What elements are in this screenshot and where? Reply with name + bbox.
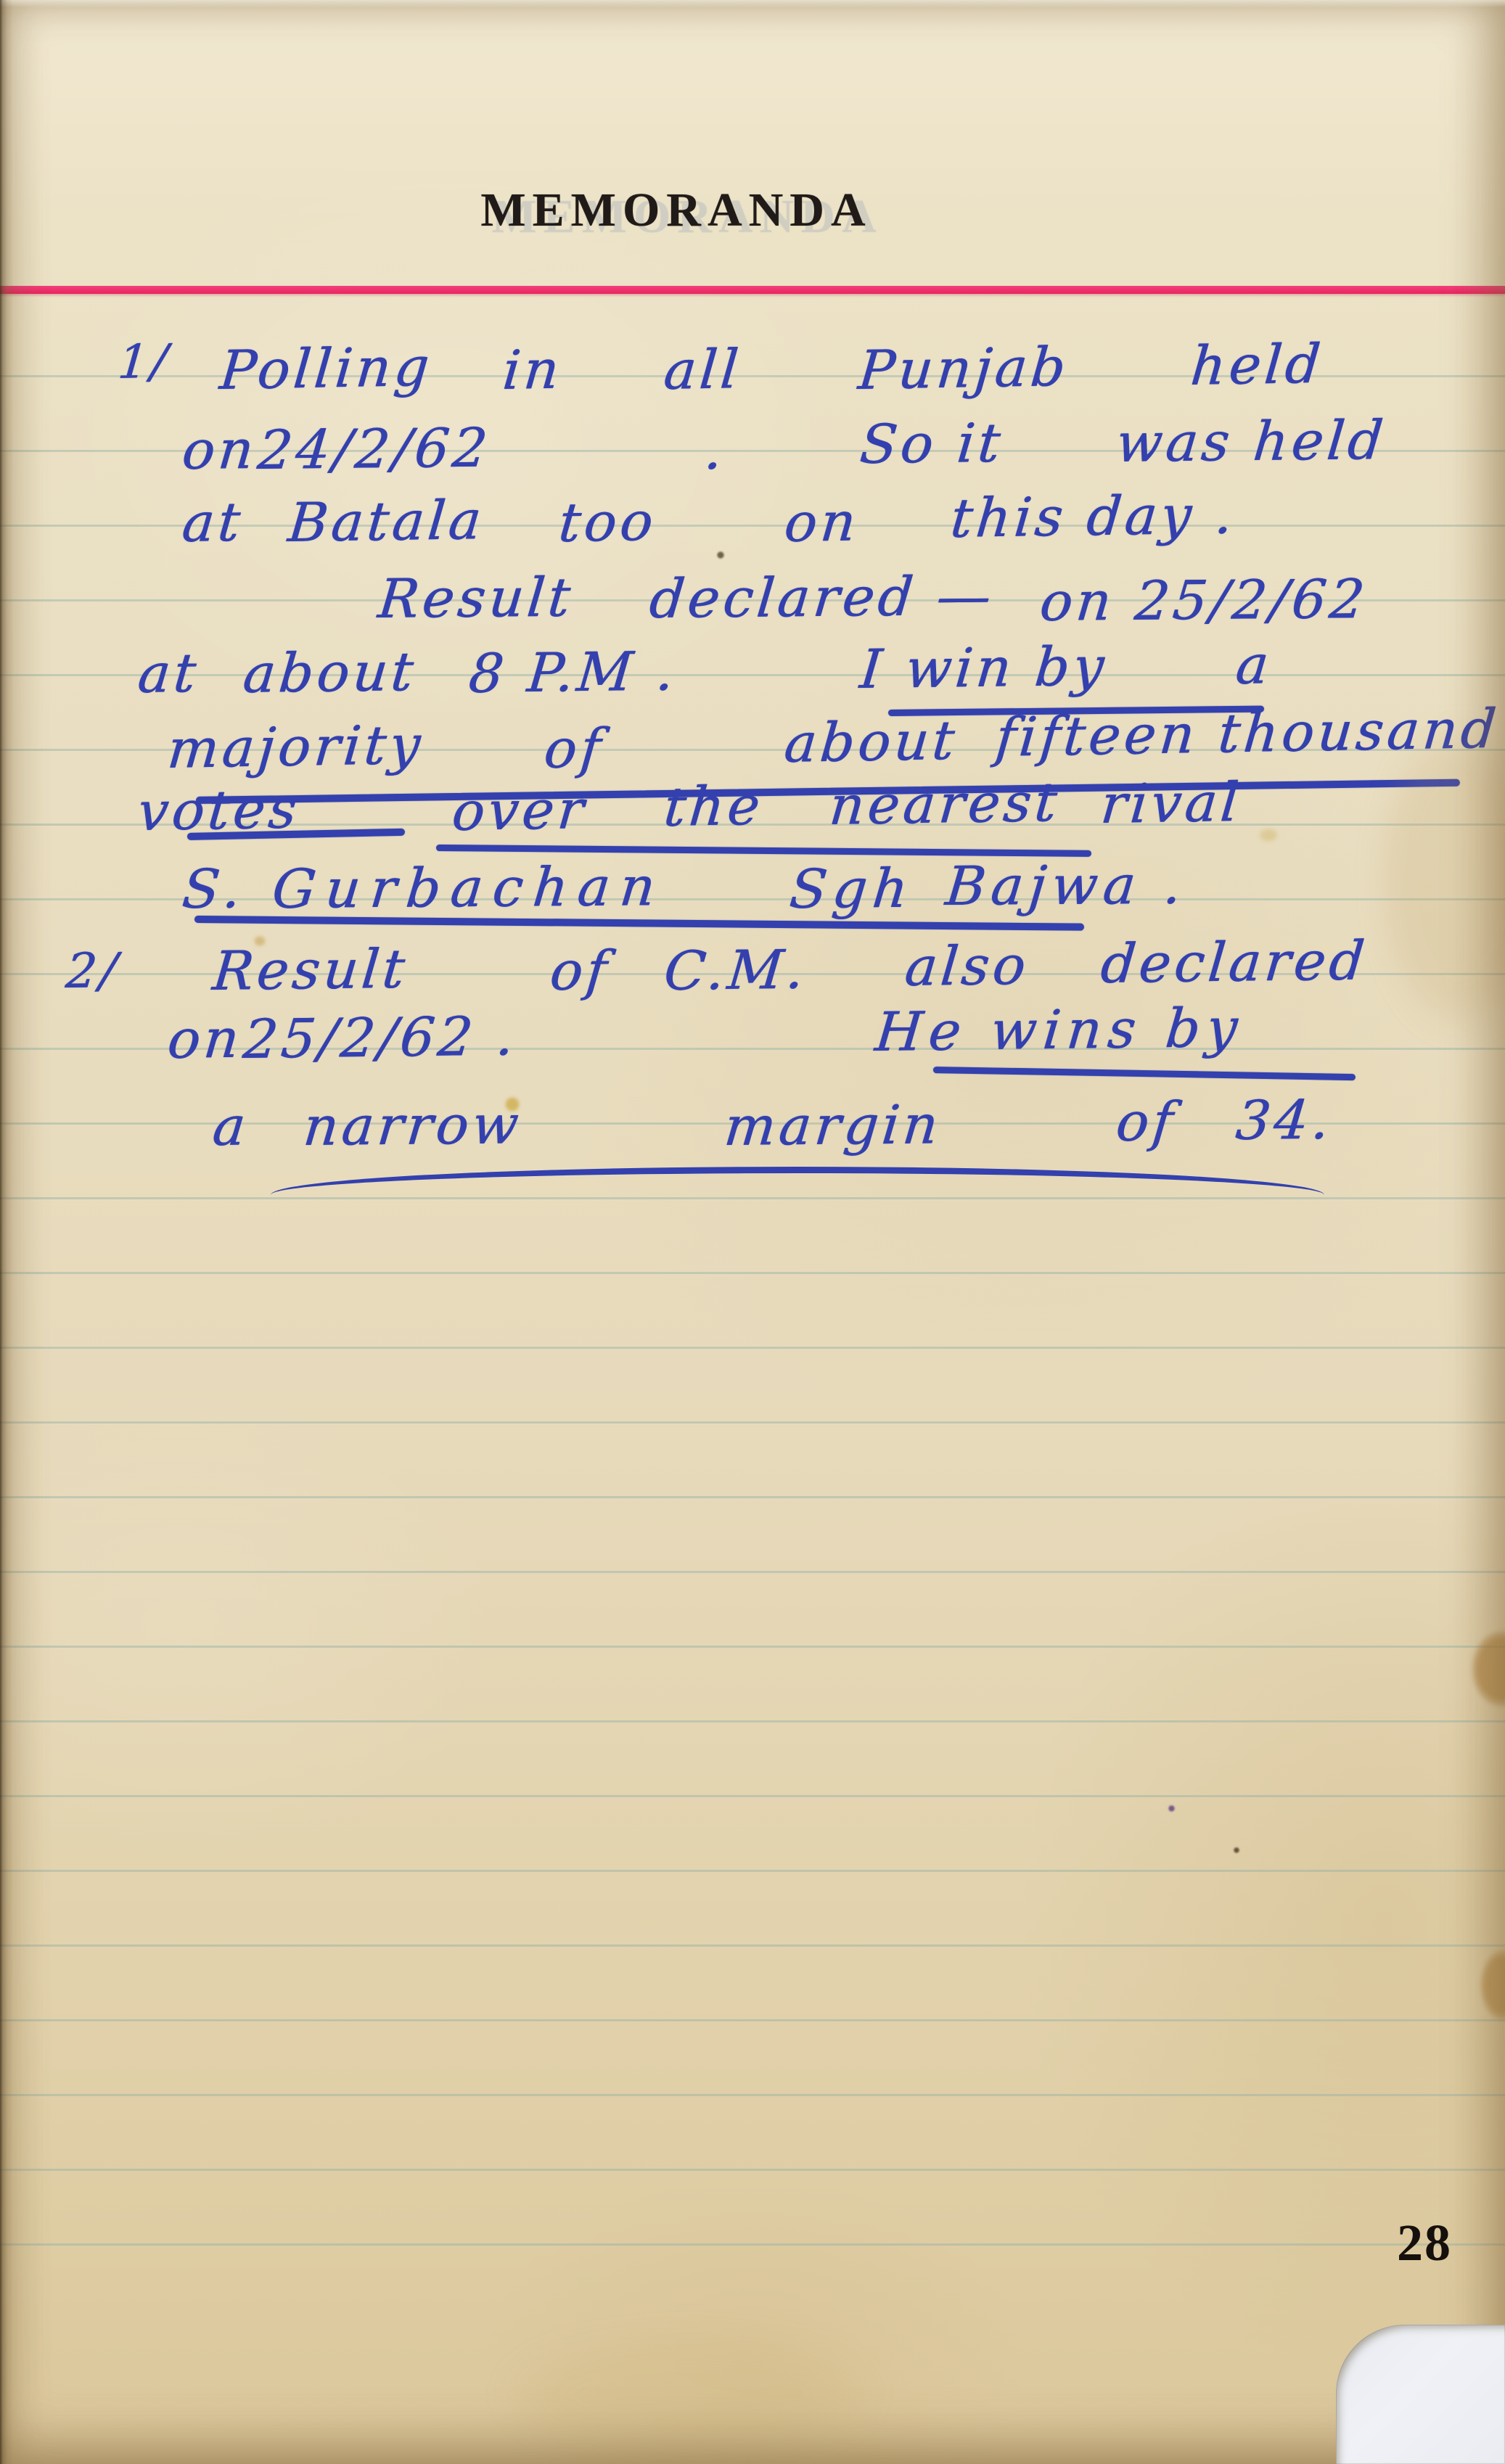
handwriting-word: all — [662, 342, 744, 398]
handwriting-word: 8 P.M . — [467, 644, 680, 701]
handwriting-word: C.M. — [662, 943, 810, 998]
handwriting-word: held — [1189, 337, 1326, 393]
handwriting-word: 1/ — [116, 339, 173, 386]
handwriting-word: about — [782, 714, 960, 771]
handwriting-word: at — [180, 496, 246, 550]
handwriting-word: Batala — [286, 493, 487, 550]
handwriting-word: on — [165, 1012, 245, 1067]
handwriting-word: 34. — [1234, 1093, 1335, 1148]
handwriting-word: a — [210, 1100, 251, 1154]
handwriting-word: on 25/2/62 — [1038, 572, 1370, 629]
handwriting-word: on — [180, 423, 259, 477]
handwriting-word: votes — [136, 782, 302, 839]
handwriting-word: declared — [1099, 934, 1370, 991]
handwriting-word: of — [542, 721, 606, 776]
handwriting-word: a — [1234, 638, 1274, 692]
handwriting-word: in — [501, 342, 565, 398]
ink-underline — [933, 1067, 1356, 1080]
handwriting-word: of — [1114, 1095, 1178, 1149]
handwriting-word: Polling — [218, 340, 435, 398]
handwriting-word: too — [557, 495, 659, 550]
handwriting-word: 2/ — [64, 947, 122, 995]
handwriting-word: was held — [1114, 414, 1388, 470]
handwriting-word: also — [903, 939, 1031, 994]
handwriting-word: this day . — [948, 488, 1239, 546]
handwriting-word: Result — [210, 943, 410, 998]
handwriting-word: Result — [376, 571, 576, 626]
diary-memoranda-page: MEMORANDA 1/PollinginallPunjabheldon24/2… — [0, 0, 1505, 2464]
handwriting-word: 24/2/62 — [255, 422, 493, 477]
handwriting-word: about — [241, 645, 419, 701]
handwriting-word: at — [136, 646, 202, 701]
handwriting-word: S. — [180, 862, 249, 916]
handwriting-word: declared — — [647, 570, 997, 626]
handwriting-word: on — [782, 495, 861, 550]
ink-underline — [271, 1167, 1324, 1195]
handwriting-word: Gurbachan — [270, 860, 668, 916]
ink-underline — [436, 845, 1091, 857]
ink-underline — [196, 779, 1460, 804]
handwriting-word: Punjab — [856, 340, 1071, 398]
handwriting-word: narrow — [301, 1098, 525, 1154]
handwriting-word: Bajwa . — [943, 858, 1189, 913]
handwriting-word: the — [662, 779, 766, 834]
handwriting-word: So it — [858, 416, 1006, 472]
thumb-index-cutout — [1336, 2325, 1505, 2464]
handwriting-word: Sgh — [787, 862, 916, 916]
handwriting-word: of — [548, 944, 612, 998]
handwriting-word: I win by — [858, 640, 1110, 697]
handwriting-word: margin — [722, 1098, 943, 1154]
handwriting-word: 25/2/62 . — [241, 1009, 520, 1067]
handwriting-word: He wins by — [873, 1001, 1246, 1059]
handwriting-word: . — [702, 424, 729, 477]
handwriting-layer: 1/PollinginallPunjabheldon24/2/62.So itw… — [0, 0, 1505, 2464]
page-number: 28 — [1397, 2213, 1452, 2273]
handwriting-word: majority — [165, 718, 426, 776]
handwriting-word: nearest — [827, 776, 1062, 833]
